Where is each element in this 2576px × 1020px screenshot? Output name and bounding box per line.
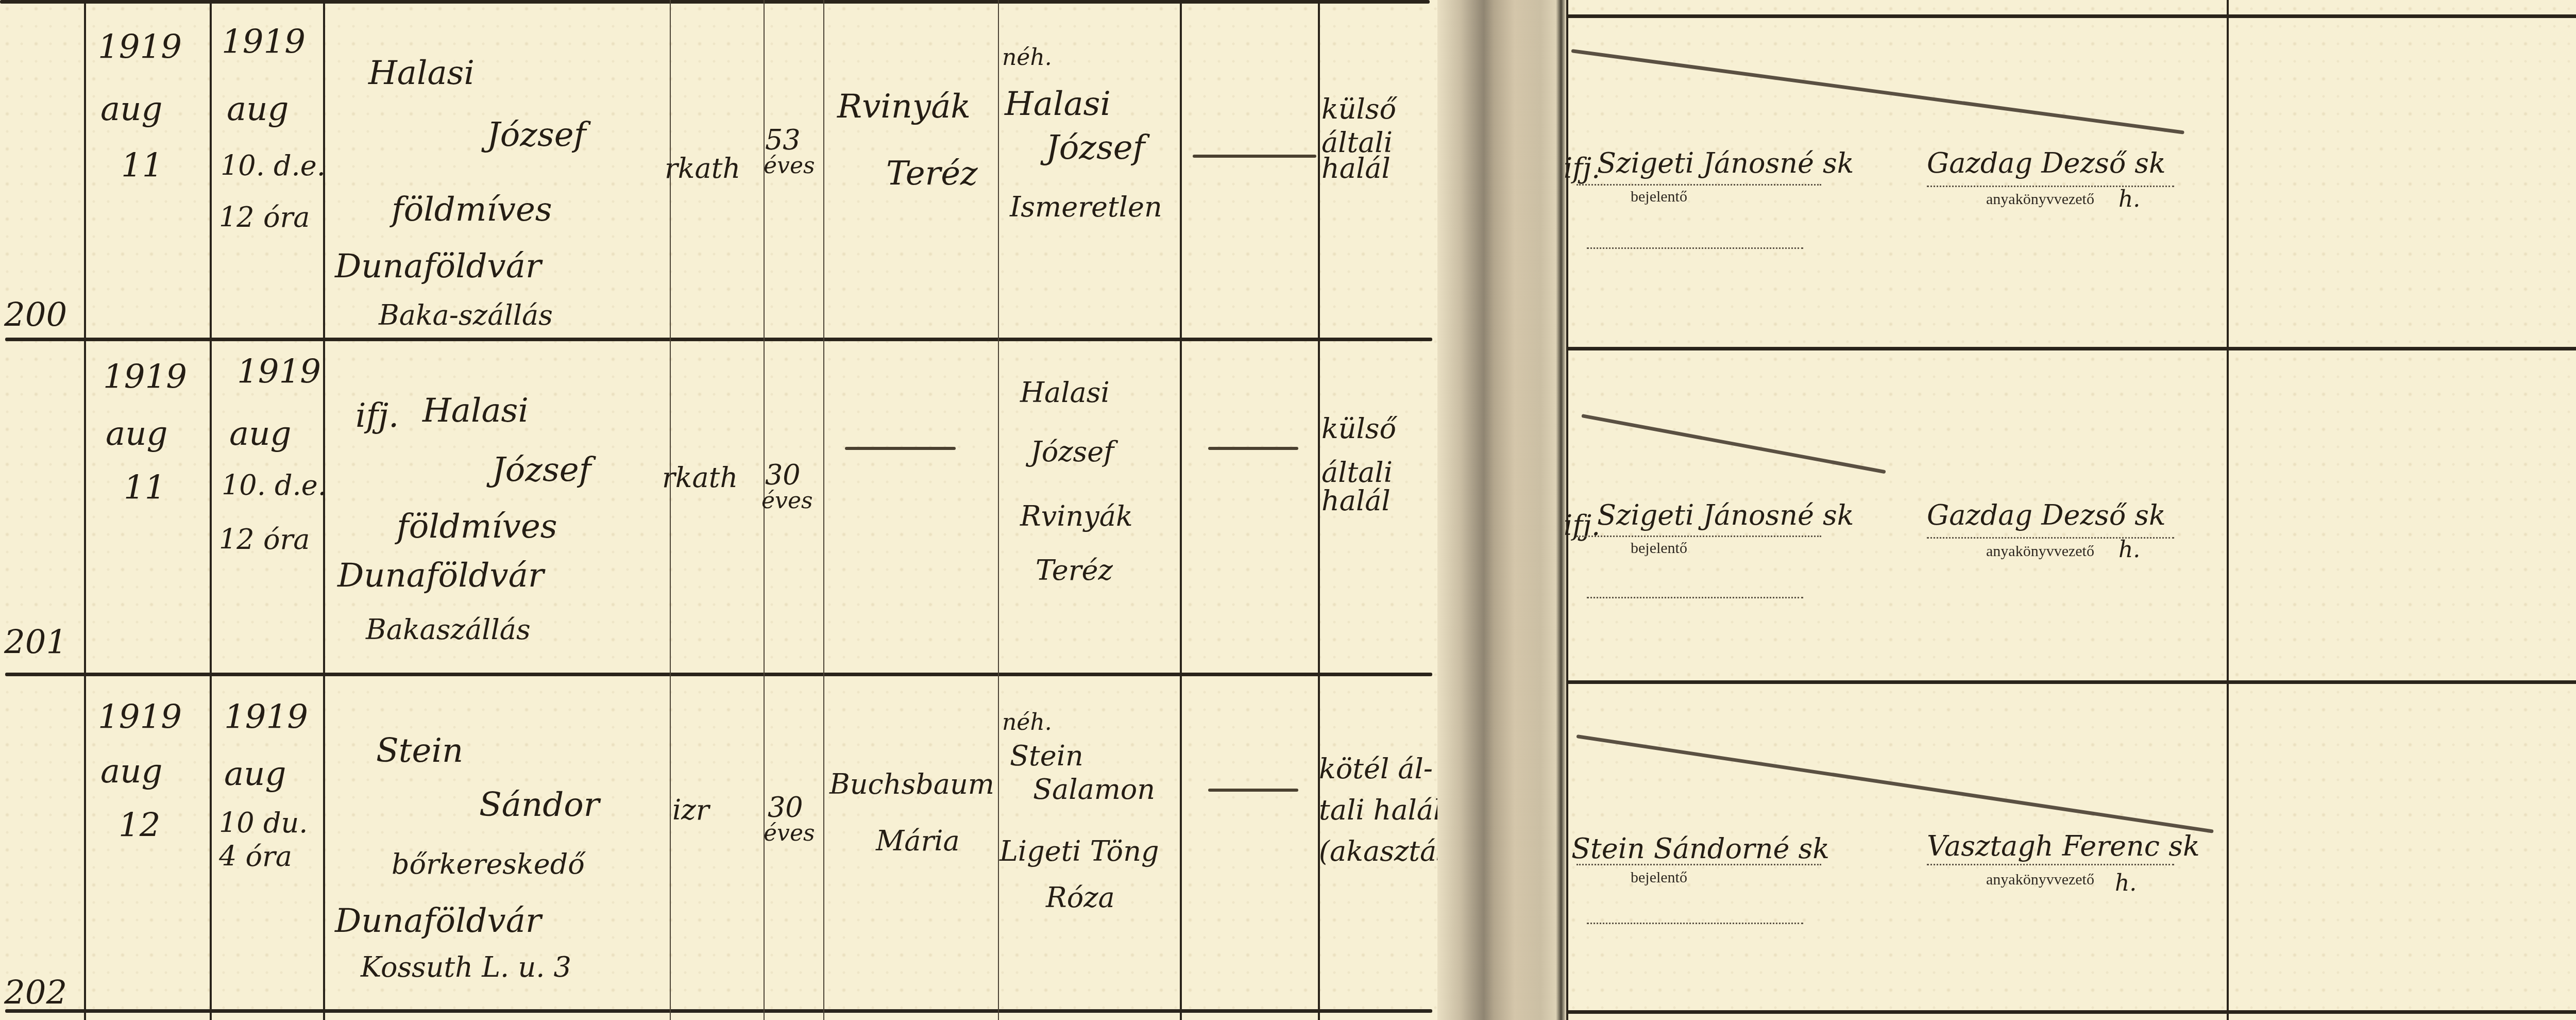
cause-line-1: külső <box>1321 95 1396 123</box>
cancel-stroke <box>1571 49 2184 135</box>
deceased-address: Kossuth L. u. 3 <box>361 954 571 981</box>
parents-line-4: Ligeti Töng <box>999 838 1159 865</box>
deceased-given-name: József <box>492 454 591 487</box>
registrar-label: anyakönyvvezető <box>1986 543 2094 560</box>
parents-line-3: Rvinyák <box>1020 503 1133 530</box>
religion: rkath <box>662 464 738 492</box>
register-entry-201: 201 1919 aug 11 1919 aug 10. d.e. 12 óra… <box>0 338 1437 673</box>
religion: izr <box>672 796 709 824</box>
age-unit: éves <box>764 822 815 845</box>
registrar-signature-line <box>1927 864 2174 865</box>
death-day-time: 10 du. <box>219 809 308 837</box>
cause-line-1: külső <box>1321 415 1396 443</box>
deceased-occupation: földmíves <box>397 510 557 543</box>
reg-day: 11 <box>124 472 165 505</box>
reg-month: aug <box>100 93 162 126</box>
deceased-address: Bakaszállás <box>366 616 531 644</box>
spouse-dash <box>845 447 956 450</box>
remarks-dash <box>1208 447 1298 450</box>
deceased-occupation: bőrkereskedő <box>392 850 585 878</box>
declarant-signature-line <box>1577 864 1821 865</box>
spouse-surname: Rvinyák <box>837 90 971 123</box>
register-entry-200: 200 1919 aug 11 1919 aug 10. d.e. 12 óra… <box>0 0 1437 338</box>
death-day-time: 10. d.e. <box>221 152 326 180</box>
declarant-signature-line <box>1577 536 1821 537</box>
deceased-occupation: földmíves <box>392 193 552 226</box>
age-unit: éves <box>761 490 813 512</box>
reg-year: 1919 <box>103 361 187 394</box>
witness-line <box>1587 923 1803 924</box>
parents-line-5: Róza <box>1046 884 1115 912</box>
register-entry-202: 202 1919 aug 12 1919 aug 10 du. 4 óra St… <box>0 673 1437 1010</box>
parents-line-1: néh. <box>1002 711 1052 734</box>
reg-year: 1919 <box>98 31 182 64</box>
deceased-surname: Stein <box>376 734 463 767</box>
cancel-stroke <box>1576 734 2213 833</box>
age: 30 <box>765 461 801 489</box>
reg-year: 1919 <box>98 701 182 734</box>
declarant-label: bejelentő <box>1631 540 1687 557</box>
blank-notes-column <box>2229 0 2576 1020</box>
deceased-given-name: József <box>487 119 586 152</box>
parents-line-4: Ismeretlen <box>1010 193 1162 221</box>
age: 53 <box>765 126 801 154</box>
cause-line-2: tali halál <box>1319 796 1442 824</box>
deceased-surname: Halasi <box>368 57 474 90</box>
parents-line-1: Halasi <box>1020 379 1110 407</box>
declarant-signature: Szigeti Jánosné sk <box>1597 501 1854 529</box>
deceased-given-name: Sándor <box>479 789 599 822</box>
reg-month: aug <box>106 417 167 450</box>
signature-block-202: Stein Sándorné sk bejelentő Vasztagh Fer… <box>1566 680 2227 1010</box>
deceased-prefix: ifj. <box>355 399 399 432</box>
witness-line <box>1587 247 1803 249</box>
age-unit: éves <box>764 155 815 177</box>
registrar-signature: Gazdag Dezső sk <box>1927 149 2166 177</box>
parents-line-1: néh. <box>1002 46 1052 69</box>
declarant-label: bejelentő <box>1631 869 1687 887</box>
cause-line-2: általi <box>1321 459 1393 487</box>
cause-line-3: halál <box>1321 155 1391 182</box>
death-hour: 12 óra <box>219 204 310 231</box>
deceased-surname: Halasi <box>422 394 529 427</box>
cause-line-1: kötél ál- <box>1319 755 1433 783</box>
parents-line-2: Stein <box>1010 742 1083 770</box>
reg-day: 12 <box>118 809 160 842</box>
religion: rkath <box>665 155 740 182</box>
declarant-signature-line <box>1577 184 1821 186</box>
entry-number: 200 <box>4 299 67 332</box>
remarks-dash <box>1208 789 1298 792</box>
registrar-suffix: h. <box>2115 872 2137 895</box>
death-hour: 4 óra <box>219 843 292 871</box>
registrar-label: anyakönyvvezető <box>1986 191 2094 208</box>
spouse-given-name: Mária <box>876 827 960 855</box>
parents-line-4: Teréz <box>1036 557 1113 584</box>
registrar-signature: Gazdag Dezső sk <box>1927 501 2166 529</box>
registrar-suffix: h. <box>2119 188 2140 211</box>
deceased-residence: Dunaföldvár <box>335 905 541 938</box>
cause-line-3: halál <box>1321 487 1391 515</box>
death-month: aug <box>224 758 286 791</box>
parents-line-3: József <box>1046 131 1145 164</box>
spouse-given-name: Teréz <box>886 157 978 190</box>
registrar-suffix: h. <box>2119 539 2140 561</box>
deceased-residence: Dunaföldvár <box>335 250 541 283</box>
book-spine-gutter <box>1437 0 1566 1020</box>
declarant-signature: Stein Sándorné sk <box>1571 835 1829 863</box>
parents-line-3: Salamon <box>1033 776 1155 804</box>
death-month: aug <box>227 93 289 126</box>
remarks-dash <box>1193 155 1316 158</box>
entry-number: 201 <box>4 626 67 659</box>
reg-day: 11 <box>121 149 163 182</box>
entry-number: 202 <box>4 977 67 1010</box>
death-day-time: 10. d.e. <box>222 472 327 499</box>
death-month: aug <box>229 417 291 450</box>
death-hour: 12 óra <box>219 526 310 554</box>
declarant-signature: Szigeti Jánosné sk <box>1597 149 1854 177</box>
parents-line-2: Halasi <box>1005 88 1111 121</box>
declarant-label: bejelentő <box>1631 188 1687 206</box>
spouse-surname: Buchsbaum <box>829 771 994 798</box>
death-year: 1919 <box>222 26 306 59</box>
witness-line <box>1587 597 1803 598</box>
right-register-page: ifj. Szigeti Jánosné sk bejelentő Gazdag… <box>1566 0 2576 1020</box>
parents-line-2: József <box>1030 438 1114 466</box>
declarant-prefix: ifj. <box>1564 155 1600 182</box>
deceased-residence: Dunaföldvár <box>337 559 544 592</box>
registrar-label: anyakönyvvezető <box>1986 871 2094 889</box>
reg-month: aug <box>100 755 162 788</box>
age: 30 <box>768 794 803 822</box>
cancel-stroke <box>1581 414 1886 474</box>
death-year: 1919 <box>224 701 308 734</box>
deceased-address: Baka-szállás <box>379 302 553 329</box>
signature-block-201: ifj. Szigeti Jánosné sk bejelentő Gazdag… <box>1566 347 2227 680</box>
registrar-signature: Vasztagh Ferenc sk <box>1927 832 2200 860</box>
signature-block-200: ifj. Szigeti Jánosné sk bejelentő Gazdag… <box>1566 0 2227 347</box>
left-register-page: 200 1919 aug 11 1919 aug 10. d.e. 12 óra… <box>0 0 1437 1020</box>
death-year: 1919 <box>237 356 321 389</box>
